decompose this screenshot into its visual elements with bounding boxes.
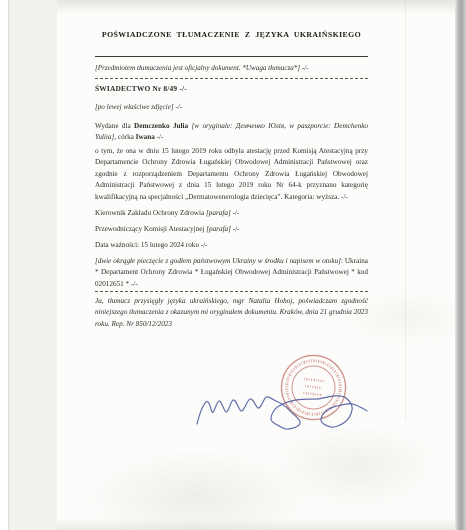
translator-note-top: [Przedmiotem tłumaczenia jest oficjalny … [95, 63, 368, 74]
issued-suffix: -/- [155, 133, 164, 141]
chair-suffix: -/- [231, 225, 240, 233]
handwritten-signature [137, 352, 387, 442]
issued-prefix: Wydane dla [95, 122, 134, 130]
holder-name: Demczenko Julia [134, 122, 191, 130]
issued-middle: , córka [114, 133, 135, 141]
commission-chair-line: Przewodniczący Komisji Atestacyjnej [par… [95, 224, 368, 235]
dashed-separator-bottom [95, 291, 368, 293]
attestation-paragraph: o tym, że ona w dniu 15 lutego 2019 roku… [95, 146, 368, 203]
dashed-separator-top [95, 78, 368, 80]
translator-certification-paragraph: Ja, tłumacz przysięgły języka ukraińskie… [95, 296, 368, 330]
kierownik-label: Kierownik Zakładu Ochrony Zdrowia [95, 209, 206, 217]
horizontal-rule [95, 56, 368, 57]
chair-initials: [parafa] [206, 225, 231, 233]
seals-note-italic: [dwie okrągłe pieczęcie z godłem państwo… [95, 257, 341, 265]
validity-date-line: Data ważności: 15 lutego 2024 roku -/- [95, 240, 368, 251]
chair-label: Przewodniczący Komisji Atestacyjnej [95, 225, 206, 233]
paper-fold-line [405, 0, 406, 420]
photo-note: [po lewej właściwe zdjęcie] -/- [95, 102, 368, 113]
kierownik-suffix: -/- [231, 209, 240, 217]
father-name: Iwana [136, 133, 155, 141]
kierownik-initials: [parafa] [206, 209, 231, 217]
seals-description-paragraph: [dwie okrągłe pieczęcie z godłem państwo… [95, 256, 368, 290]
scan-edge-shadow [455, 0, 466, 530]
document-page: POŚWIADCZONE TŁUMACZENIE Z JĘZYKA UKRAIŃ… [57, 0, 456, 530]
signature-stroke [197, 396, 367, 429]
document-title: POŚWIADCZONE TŁUMACZENIE Z JĘZYKA UKRAIŃ… [95, 29, 368, 40]
certificate-heading: ŚWIADECTWO Nr 8/49 -/- [95, 83, 368, 94]
issued-to-line: Wydane dla Demczenko Julia [w oryginale:… [95, 121, 368, 144]
head-of-healthcare-line: Kierownik Zakładu Ochrony Zdrowia [paraf… [95, 208, 368, 219]
